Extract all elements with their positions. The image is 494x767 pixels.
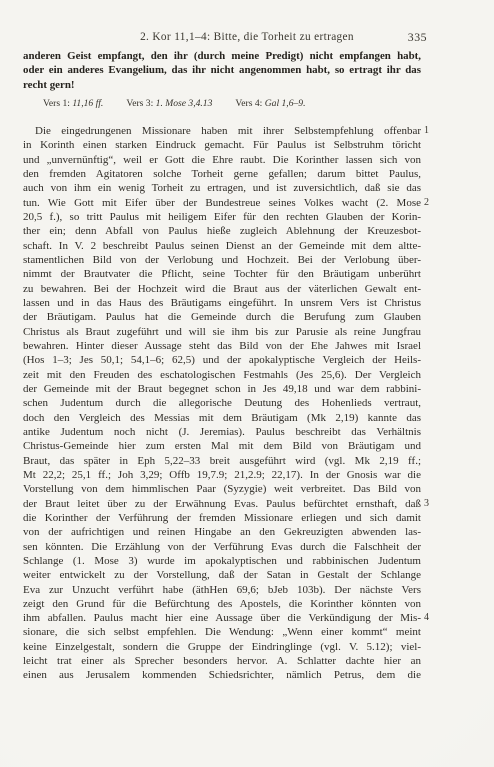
verse-reference-value: 11,16 ff. (72, 98, 103, 109)
text-line: keine Einzelgestalt, sondern die Gruppe … (23, 640, 421, 654)
text-line: zu bewahren. Bei der Hochzeit wird die B… (23, 282, 421, 296)
verse-reference-value: 1. Mose 3,4.13 (156, 98, 213, 109)
text-line: zeit mit den Freuden des eschatologische… (23, 368, 421, 382)
text-line: nimmt der Brautvater die Pflicht, seine … (23, 267, 421, 281)
text-line: und „unvernünftig“, weil er Gott die Ehr… (23, 153, 421, 167)
text-line: der Bräutigam. Paulus hat die Gemeinde d… (23, 310, 421, 324)
verse-number-marker: 3 (424, 497, 429, 511)
text-line: Braut, das später in Eph 5,22–33 breit a… (23, 454, 421, 468)
verse-reference-value: Gal 1,6–9. (265, 98, 306, 109)
verse-intro: anderen Geist empfangt, den ihr (durch m… (23, 49, 421, 92)
text-line: einen aus Jerusalem kommenden Schiedsric… (23, 668, 421, 682)
text-line: (Hos 1–3; Jes 50,1; 54,1–6; 62,5) und de… (23, 353, 421, 367)
text-line: ihm abfallen. Paulus macht hier eine Aus… (23, 611, 421, 625)
text-line: von der aufrichtigen und reinen Hingabe … (23, 525, 421, 539)
verse-number-marker: 1 (424, 124, 429, 138)
text-line: Christus-Gemeinde hier zum ersten Mal mi… (23, 439, 421, 453)
chapter-title: 2. Kor 11,1–4: Bitte, die Torheit zu ert… (140, 31, 354, 43)
text-line: den fremden Agitatoren solche Torheit ge… (23, 167, 421, 181)
verse-reference: Vers 3: 1. Mose 3,4.13 (126, 98, 212, 109)
running-header: 2. Kor 11,1–4: Bitte, die Torheit zu ert… (0, 30, 494, 45)
text-line: Vorstellung von dem himmlischen Paar (Sy… (23, 482, 421, 496)
text-line: Schlange (1. Mose 3) wurde im apokalypti… (23, 554, 421, 568)
verse-text-line: anderen Geist empfangt, den ihr (durch m… (23, 49, 421, 63)
commentary: Die eingedrungenen Missionare haben mit … (23, 124, 421, 683)
text-line: 20,5 f.), so tritt Paulus mit heiligem E… (23, 210, 421, 224)
text-line: zeigt den Grund für die Befürchtung des … (23, 597, 421, 611)
text-line: stamentlichen Bild von der Verlobung und… (23, 253, 421, 267)
text-line: in Korinth einen starken Eindruck gemach… (23, 138, 421, 152)
verse-text-line: recht gern! (23, 78, 421, 92)
text-line: auch von ihm ein wenig Torheit zu ertrag… (23, 181, 421, 195)
book-page: 2. Kor 11,1–4: Bitte, die Torheit zu ert… (0, 0, 494, 767)
text-line: Christus als Braut zugeführt und will si… (23, 325, 421, 339)
text-line: der Gemeinde mit der Braut begegnet scho… (23, 382, 421, 396)
text-line: ther ein; denn Abfall von Paulus hieße z… (23, 224, 421, 238)
verse-reference-label: Vers 1: (43, 98, 72, 109)
text-line: antike Judentum noch nicht (J. Jeremias)… (23, 425, 421, 439)
verse-number-marker: 2 (424, 196, 429, 210)
text-line: leicht trat einer als Sprecher besonders… (23, 654, 421, 668)
verse-marker-column: 1234 (424, 124, 442, 684)
text-line: die Korinther der Verführung der fremden… (23, 511, 421, 525)
verse-reference-label: Vers 4: (235, 98, 264, 109)
verse-number-marker: 4 (424, 611, 429, 625)
verse-reference: Vers 1: 11,16 ff. (43, 98, 103, 109)
references-line: Vers 1: 11,16 ff.Vers 3: 1. Mose 3,4.13V… (43, 97, 421, 110)
text-line: tun. Wie Gott mit Eifer über der Bundest… (23, 196, 421, 210)
text-line: Die eingedrungenen Missionare haben mit … (23, 124, 421, 138)
verse-text-line: oder ein anderes Evangelium, das ihr nic… (23, 63, 421, 77)
text-line: lassen und in das Haus des Bräutigams ei… (23, 296, 421, 310)
text-line: weiter entwickelt zu der Vorstellung, da… (23, 568, 421, 582)
text-line: schen Judentum durch die allegorische De… (23, 396, 421, 410)
text-line: sen könnten. Die Erzählung von der Verfü… (23, 540, 421, 554)
text-line: sionare, die sich selbst empfehlen. Die … (23, 625, 421, 639)
text-line: Eva zur Unzucht verführt habe (äthHen 69… (23, 583, 421, 597)
text-line: Mt 22,2; 25,1 ff.; Joh 3,29; Offb 19,7.9… (23, 468, 421, 482)
verse-reference-label: Vers 3: (126, 98, 155, 109)
verse-reference: Vers 4: Gal 1,6–9. (235, 98, 305, 109)
text-line: doch den Vergleich des Messias mit dem B… (23, 411, 421, 425)
text-line: schaft. In V. 2 beschreibt Paulus seinen… (23, 239, 421, 253)
text-line: bewahren. Hinter dieser Aussage steht da… (23, 339, 421, 353)
text-line: der Braut leitet über zu der Erwähnung E… (23, 497, 421, 511)
page-number: 335 (408, 30, 427, 45)
